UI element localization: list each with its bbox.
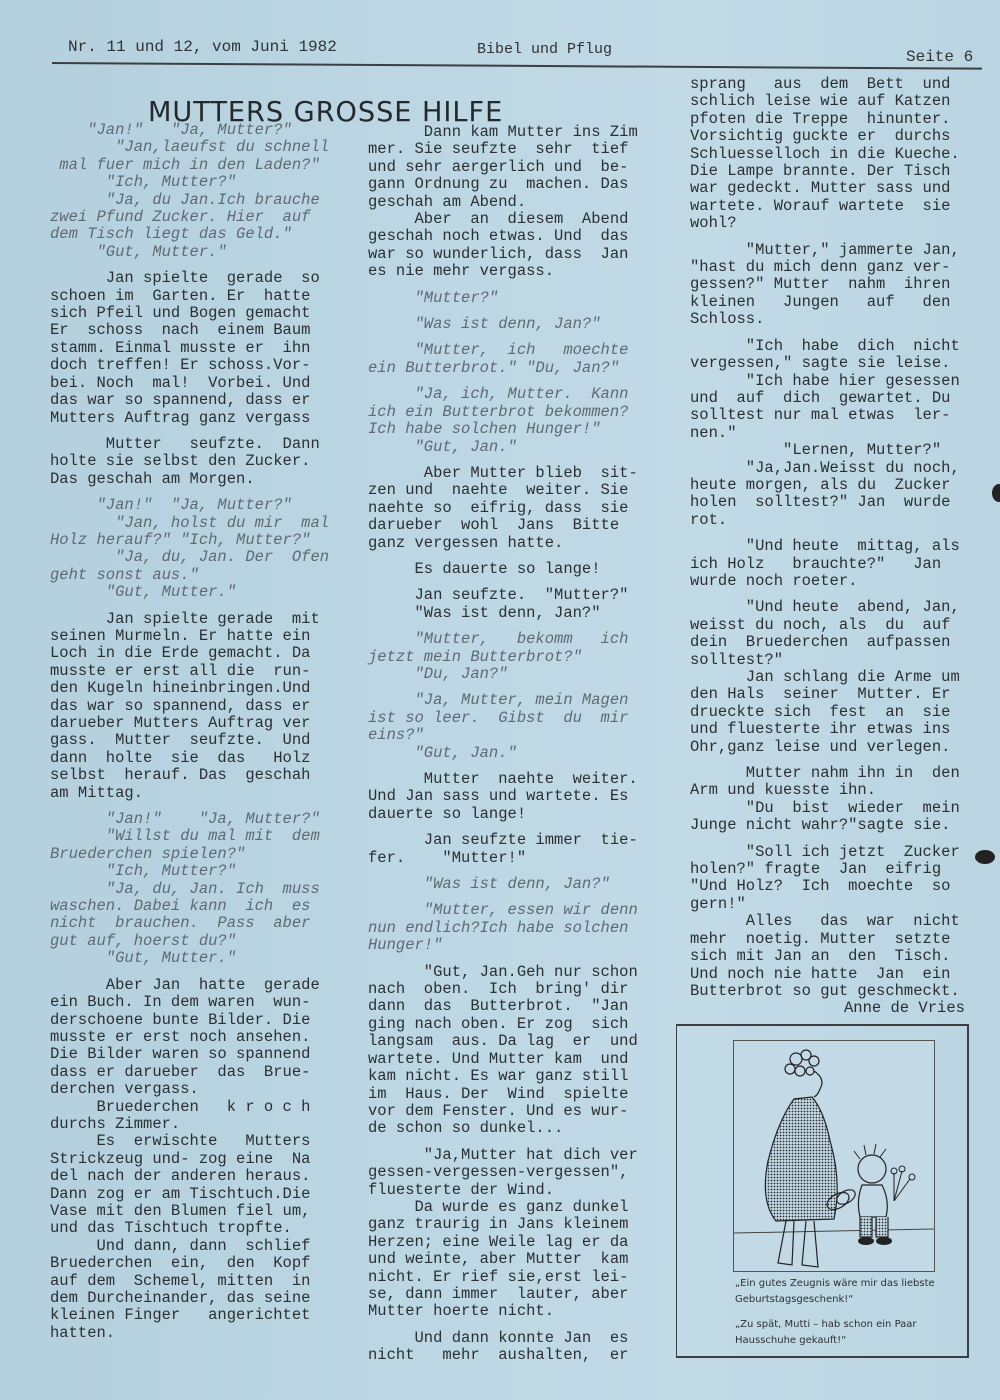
text-line: "Und Holz? Ich moechte so [690,877,950,895]
text-line: schlich leise wie auf Katzen [690,92,950,110]
text-line: kleinen Finger angerichtet [50,1306,310,1324]
text-line: gut auf, hoerst du?" [50,932,236,950]
text-line: am Mittag. [50,784,143,802]
text-line: mehr noetig. Mutter setzte [690,930,950,948]
text-line: "Gut, Jan." [368,438,517,456]
text-line: "Jan!" "Ja, Mutter?" [50,810,320,828]
text-line: "Und heute abend, Jan, [690,598,960,616]
text-line: Da wurde es ganz dunkel [368,1198,628,1216]
text-line: "Ja,Mutter hat dich ver [368,1146,638,1164]
author-name: Anne de Vries [844,1000,984,1017]
text-line: wartete. Und Mutter kam und [368,1050,628,1068]
text-line: ein Buch. In dem waren wun- [50,993,310,1011]
text-line: "Jan!" "Ja, Mutter?" [50,496,292,514]
text-line: Jan spielte gerade so [50,269,320,287]
header-rule [52,62,982,70]
text-line: fluesterte der Wind. [368,1181,554,1199]
text-line: "Mutter, ich moechte [368,341,628,359]
text-line: Bruederchen k r o c h [50,1098,310,1116]
cartoon-box: „Ein gutes Zeugnis wäre mir das liebste … [676,1024,969,1358]
text-line: Vase mit den Blumen fiel um, [50,1202,310,1220]
text-paragraph: Jan spielte gerade mit seinen Murmeln. E… [50,611,350,802]
text-paragraph: Aber Jan hatte gerade ein Buch. In dem w… [50,977,350,1343]
text-line: Aber Jan hatte gerade [50,976,320,994]
text-paragraph: Jan seufzte. "Mutter?" "Was ist denn, Ja… [368,587,668,622]
text-line: Butterbrot so gut geschmeckt. [690,982,960,1000]
text-paragraph: Es dauerte so lange! [368,561,668,578]
text-line: dauerte so lange! [368,805,526,823]
text-line: Mutter seufzte. Dann [50,435,320,453]
text-line: vergessen," sagte sie leise. [690,354,950,372]
text-line: geht sonst aus." [50,566,199,584]
text-line: nach oben. Ich bring' dir [368,980,628,998]
text-line: schoen im Garten. Er hatte [50,287,310,305]
text-line: Schloss. [690,310,764,328]
text-line: derchen vergass. [50,1080,199,1098]
text-line: durchs Zimmer. [50,1115,180,1133]
text-line: zen und naehte weiter. Sie [368,481,628,499]
text-line: waschen. Dabei kann ich es [50,897,310,915]
text-line: den Kugeln hineinbringen.Und [50,679,310,697]
text-line: drueckte sich fest an sie [690,703,950,721]
publication-name: Bibel und Pflug [477,41,612,58]
text-line: Hunger!" [368,936,442,954]
text-paragraph: "Gut, Jan.Geh nur schon nach oben. Ich b… [368,964,668,1138]
text-line: Bruederchen spielen?" [50,845,245,863]
text-line: "Ja,Jan.Weisst du noch, [690,459,960,477]
article-column-1: "Jan!" "Ja, Mutter?" "Jan,laeufst du sch… [50,122,350,1351]
page-number: Seite 6 [906,48,973,66]
text-line: Aber Mutter blieb sit- [368,464,638,482]
text-line: wurde noch roeter. [690,572,857,590]
dialog-paragraph: "Ja, Mutter, mein Magen ist so leer. Gib… [368,692,668,762]
text-line: sich Pfeil und Bogen gemacht [50,304,310,322]
text-line: Alles das war nicht [690,912,960,930]
text-line: stamm. Einmal musste er ihn [50,339,310,357]
article-column-2: Dann kam Mutter ins Zim mer. Sie seufzte… [368,124,668,1374]
text-line: Ich habe solchen Hunger!" [368,420,601,438]
text-line: "Ja, du, Jan. Der Ofen [50,548,329,566]
text-line: "Jan!" "Ja, Mutter?" [50,121,292,139]
text-line: Jan spielte gerade mit [50,610,320,628]
text-line: holen solltest?" Jan wurde [690,493,950,511]
text-line: ein Butterbrot." "Du, Jan?" [368,359,619,377]
text-line: del nach der anderen heraus. [50,1167,310,1185]
text-line: Aber an diesem Abend [368,210,628,228]
text-paragraph: Mutter naehte weiter. Und Jan sass und w… [368,771,668,823]
text-line: de schon so dunkel... [368,1119,563,1137]
text-line: war gedeckt. Mutter sass und [690,179,950,197]
dialog-paragraph: "Jan!" "Ja, Mutter?" "Jan,laeufst du sch… [50,122,350,261]
text-paragraph: Jan seufzte immer tie- fer. "Mutter!" [368,832,668,867]
dialog-paragraph: "Jan!" "Ja, Mutter?" "Willst du mal mit … [50,811,350,968]
text-line: bei. Noch mal! Vorbei. Und [50,374,310,392]
text-line: "Was ist denn, Jan?" [368,315,601,333]
text-line: Schluesselloch in die Kueche. [690,145,960,163]
dialog-paragraph: "Ja, ich, Mutter. Kann ich ein Butterbro… [368,386,668,456]
text-line: Und dann, dann schlief [50,1237,310,1255]
text-paragraph: "Und heute abend, Jan, weisst du noch, a… [690,599,990,756]
text-line: ging nach oben. Er zog sich [368,1015,628,1033]
text-line: nicht mehr aushalten, er [368,1346,628,1364]
text-line: heute morgen, als du Zucker [690,476,950,494]
dialog-paragraph: "Mutter, essen wir denn nun endlich?Ich … [368,902,668,954]
text-paragraph: sprang aus dem Bett und schlich leise wi… [690,76,990,233]
text-line: sich mit Jan an den Tisch. [690,947,950,965]
text-line: ich Holz brauchte?" Jan [690,555,941,573]
text-line: ich ein Butterbrot bekommen? [368,403,628,421]
text-line: doch treffen! Er schoss.Vor- [50,356,310,374]
text-line: das war so spannend, dass er [50,697,310,715]
text-line: gann Ordnung zu machen. Das [368,175,628,193]
text-line: dem Durcheinander, das seine [50,1289,310,1307]
text-line: langsam aus. Da lag er und [368,1032,638,1050]
text-line: solltest?" [690,651,783,669]
text-line: selbst herauf. Das geschah [50,766,310,784]
text-line: Es dauerte so lange! [368,560,601,578]
text-line: vor dem Fenster. Und es wur- [368,1102,628,1120]
text-line: "Gut, Mutter." [50,583,236,601]
text-line: Mutter naehte weiter. [368,770,638,788]
text-paragraph: Mutter nahm ihn in den Arm und kuesste i… [690,765,990,835]
text-line: eins?" [368,726,424,744]
text-line: zwei Pfund Zucker. Hier auf [50,208,310,226]
text-line: dem Tisch liegt das Geld." [50,225,292,243]
text-line: Mutters Auftrag ganz vergass [50,409,310,427]
text-line: mer. Sie seufzte sehr tief [368,140,628,158]
text-line: "Gut, Jan." [368,744,517,762]
text-line: kleinen Jungen auf den [690,293,950,311]
text-line: geschah noch etwas. Und das [368,227,628,245]
dialog-paragraph: "Was ist denn, Jan?" [368,876,668,893]
text-line: "Willst du mal mit dem [50,827,320,845]
text-line: "Mutter, bekomm ich [368,630,628,648]
text-line: Junge nicht wahr?"sagte sie. [690,816,950,834]
text-line: "Ja, ich, Mutter. Kann [368,385,628,403]
text-line: gern!" [690,895,746,913]
text-line: und weinte, aber Mutter kam [368,1250,628,1268]
text-line: Strickzeug und- zog eine Na [50,1150,310,1168]
text-line: gessen-vergessen-vergessen", [368,1163,628,1181]
text-line: seinen Murmeln. Er hatte ein [50,627,310,645]
text-line: und das Tischtuch tropfte. [50,1219,292,1237]
text-line: "Jan,laeufst du schnell [50,138,329,156]
page-header: Nr. 11 und 12, vom Juni 1982 Bibel und P… [0,0,1000,70]
text-line: Ohr,ganz leise und verlegen. [690,738,950,756]
text-line: "Soll ich jetzt Zucker [690,843,960,861]
cartoon-illustration [733,1040,935,1272]
text-line: Und noch nie hatte Jan ein [690,965,950,983]
dialog-paragraph: "Mutter?" [368,290,668,307]
text-line: geschah am Abend. [368,193,526,211]
text-line: Und dann konnte Jan es [368,1329,628,1347]
text-line: auf dem Schemel, mitten in [50,1272,310,1290]
text-line: und sehr aergerlich und be- [368,158,628,176]
text-line: weisst du noch, als du auf [690,616,950,634]
text-line: wartete. Worauf wartete sie [690,197,950,215]
text-line: sprang aus dem Bett und [690,75,950,93]
text-line: hatten. [50,1324,115,1342]
text-line: derschoene bunte Bilder. Die [50,1011,310,1029]
text-line: ganz vergessen hatte. [368,534,563,552]
text-line: Jan seufzte immer tie- [368,831,638,849]
punch-hole-icon [992,484,1000,502]
text-line: kam nicht. Es war ganz still [368,1067,628,1085]
text-line: Herzen; eine Weile lag er da [368,1233,628,1251]
text-line: im Haus. Der Wind spielte [368,1085,628,1103]
text-line: Es erwischte Mutters [50,1132,310,1150]
cartoon-caption-child: „Zu spät, Mutti – hab schon ein Paar Hau… [735,1317,965,1349]
text-line: dann holte sie das Holz [50,749,310,767]
text-line: "Gut, Jan.Geh nur schon [368,963,638,981]
text-line: musste er erst noch ansehen. [50,1028,310,1046]
text-line: "Was ist denn, Jan?" [368,875,610,893]
text-line: Dann zog er am Tischtuch.Die [50,1185,310,1203]
text-line: "Mutter?" [368,289,498,307]
text-line: solltest nur mal etwas ler- [690,406,950,424]
dialog-paragraph: "Mutter, ich moechte ein Butterbrot." "D… [368,342,668,377]
text-line: "Ich habe dich nicht [690,337,960,355]
text-line: Mutter nahm ihn in den [690,764,960,782]
text-line: Jan schlang die Arme um [690,668,960,686]
text-line: nicht brauchen. Pass aber [50,914,310,932]
text-line: darueber wohl Jans Bitte [368,516,619,534]
text-line: Holz herauf?" "Ich, Mutter?" [50,531,310,549]
text-paragraph: Jan spielte gerade so schoen im Garten. … [50,270,350,427]
text-paragraph: "Ja,Mutter hat dich ver gessen-vergessen… [368,1147,668,1321]
text-line: ganz traurig in Jans kleinem [368,1215,628,1233]
text-line: "Lernen, Mutter?" [690,441,941,459]
text-line: Bruederchen ein, den Kopf [50,1254,310,1272]
text-line: jetzt mein Butterbrot?" [368,648,582,666]
text-line: war so wunderlich, dass Jan [368,245,628,263]
text-line: dann das Butterbrot. "Jan [368,997,628,1015]
text-line: "Gut, Mutter." [50,243,227,261]
text-paragraph: "Mutter," jammerte Jan, "hast du mich de… [690,242,990,329]
newsletter-page: Nr. 11 und 12, vom Juni 1982 Bibel und P… [0,0,1000,1400]
text-line: musste er erst all die run- [50,662,310,680]
text-line: nicht. Er rief sie,erst lei- [368,1268,628,1286]
text-line: Das geschah am Morgen. [50,470,255,488]
text-line: "Ich, Mutter?" [50,862,236,880]
text-paragraph: Dann kam Mutter ins Zim mer. Sie seufzte… [368,124,668,281]
text-line: Dann kam Mutter ins Zim [368,123,638,141]
text-line: "Jan, holst du mir mal [50,514,329,532]
text-line: fer. "Mutter!" [368,849,526,867]
text-line: dass er darueber das Brue- [50,1063,310,1081]
text-line: "Gut, Mutter." [50,949,236,967]
text-line: darueber Mutters Auftrag ver [50,714,310,732]
text-line: Er schoss nach einem Baum [50,321,310,339]
text-line: "Ja, du, Jan. Ich muss [50,880,320,898]
text-line: gessen?" Mutter nahm ihren [690,275,950,293]
text-line: "Und heute mittag, als [690,537,960,555]
text-line: Jan seufzte. "Mutter?" [368,586,628,604]
text-line: "Ja, du Jan.Ich brauche [50,191,320,209]
text-line: holen?" fragte Jan eifrig [690,860,941,878]
text-line: Mutter hoerte nicht. [368,1302,554,1320]
punch-hole-icon [975,850,995,864]
text-line: "Du, Jan?" [368,665,508,683]
cartoon-caption-mother: „Ein gutes Zeugnis wäre mir das liebste … [735,1276,965,1308]
issue-info: Nr. 11 und 12, vom Juni 1982 [68,38,337,56]
text-line: se, dann immer lauter, aber [368,1285,628,1303]
text-paragraph: "Ich habe dich nicht vergessen," sagte s… [690,338,990,529]
text-paragraph: Aber Mutter blieb sit- zen und naehte we… [368,465,668,552]
cartoon-drawing-icon [734,1041,934,1271]
text-line: rot. [690,511,727,529]
text-line: Vorsichtig guckte er durchs [690,127,950,145]
text-line: Die Bilder waren so spannend [50,1045,310,1063]
text-line: und auf dich gewartet. Du [690,389,950,407]
text-line: und fluesterte ihr etwas ins [690,720,950,738]
text-line: es nie mehr vergass. [368,262,554,280]
text-line: dein Bruederchen aufpassen [690,633,950,651]
text-line: ist so leer. Gibst du mir [368,709,628,727]
text-line: das war so spannend, dass er [50,391,310,409]
text-line: mal fuer mich in den Laden?" [50,156,320,174]
text-line: nen." [690,424,737,442]
dialog-paragraph: "Jan!" "Ja, Mutter?" "Jan, holst du mir … [50,497,350,601]
text-line: Und Jan sass und wartete. Es [368,787,628,805]
text-line: naehte so eifrig, dass sie [368,499,628,517]
text-line: Loch in die Erde gemacht. Da [50,644,310,662]
text-line: holte sie selbst den Zucker. [50,452,310,470]
text-line: gass. Mutter seufzte. Und [50,731,310,749]
text-paragraph: "Und heute mittag, als ich Holz brauchte… [690,538,990,590]
text-line: Die Lampe brannte. Der Tisch [690,162,950,180]
text-line: "Ich, Mutter?" [50,173,236,191]
text-line: den Hals seiner Mutter. Er [690,685,950,703]
dialog-paragraph: "Was ist denn, Jan?" [368,316,668,333]
text-line: "Du bist wieder mein [690,799,960,817]
article-column-3: sprang aus dem Bett und schlich leise wi… [690,76,990,1009]
text-paragraph: Und dann konnte Jan es nicht mehr aushal… [368,1330,668,1365]
text-line: "Mutter," jammerte Jan, [690,241,960,259]
text-line: "Ja, Mutter, mein Magen [368,691,628,709]
text-line: "hast du mich denn ganz ver- [690,258,950,276]
text-paragraph: Mutter seufzte. Dann holte sie selbst de… [50,436,350,488]
text-line: pfoten die Treppe hinunter. [690,110,950,128]
text-line: "Mutter, essen wir denn [368,901,638,919]
text-line: wohl? [690,214,737,232]
dialog-paragraph: "Mutter, bekomm ich jetzt mein Butterbro… [368,631,668,683]
text-paragraph: "Soll ich jetzt Zucker holen?" fragte Ja… [690,844,990,1001]
text-line: Arm und kuesste ihn. [690,781,876,799]
text-line: "Ich habe hier gesessen [690,372,960,390]
text-line: "Was ist denn, Jan?" [368,604,601,622]
text-line: nun endlich?Ich habe solchen [368,919,628,937]
article-author: Anne de Vries [844,1000,984,1026]
